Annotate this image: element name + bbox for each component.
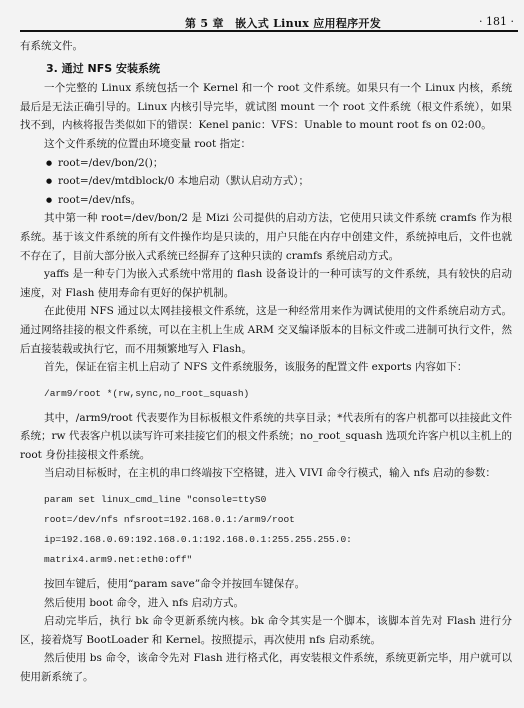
bullet-list: root=/dev/bon/2()； root=/dev/mtdblock/0 … — [20, 154, 512, 210]
paragraph: 一个完整的 Linux 系统包括一个 Kernel 和一个 root 文件系统。… — [20, 79, 512, 135]
paragraph: 在此使用 NFS 通过以太网挂接根文件系统，这是一种经常用来作为调试使用的文件系… — [20, 302, 512, 358]
paragraph: 有系统文件。 — [20, 37, 512, 56]
section-heading: 3. 通过 NFS 安装系统 — [20, 60, 512, 79]
chapter-title: 第 5 章 嵌入式 Linux 应用程序开发 — [185, 15, 381, 31]
paragraph: 首先，保证在宿主机上启动了 NFS 文件系统服务，该服务的配置文件 export… — [20, 358, 512, 377]
paragraph: 然后使用 boot 命令，进入 nfs 启动方式。 — [20, 594, 512, 613]
paragraph: 这个文件系统的位置由环境变量 root 指定： — [20, 135, 512, 154]
code-line: ip=192.168.0.69:192.168.0.1:192.168.0.1:… — [44, 530, 512, 550]
code-line: root=/dev/nfs nfsroot=192.168.0.1:/arm9/… — [44, 510, 512, 530]
code-line: param set linux_cmd_line "console=ttyS0 — [44, 490, 512, 510]
list-item: root=/dev/nfs。 — [46, 191, 512, 210]
page-number: · 181 · — [479, 15, 514, 28]
code-line: matrix4.arm9.net:eth0:off" — [44, 550, 512, 570]
list-item: root=/dev/bon/2()； — [46, 154, 512, 173]
paragraph: 其中第一种 root=/dev/bon/2 是 Mizi 公司提供的启动方法，它… — [20, 209, 512, 265]
code-block-boot-params: param set linux_cmd_line "console=ttyS0r… — [20, 490, 512, 570]
page-header: 第 5 章 嵌入式 Linux 应用程序开发 · 181 · — [20, 12, 518, 32]
paragraph: 启动完毕后，执行 bk 命令更新系统内核。bk 命令其实是一个脚本，该脚本首先对… — [20, 612, 512, 649]
paragraph: 其中，/arm9/root 代表要作为目标板根文件系统的共享目录；*代表所有的客… — [20, 409, 512, 465]
page-body: 有系统文件。 3. 通过 NFS 安装系统 一个完整的 Linux 系统包括一个… — [20, 37, 512, 687]
paragraph: 按回车键后，使用“param save”命令并按回车键保存。 — [20, 575, 512, 594]
paragraph: 然后使用 bs 命令，该命令先对 Flash 进行格式化，再安装根文件系统，系统… — [20, 649, 512, 686]
paragraph: 当启动目标板时，在主机的串口终端按下空格键，进入 VIVI 命令行模式，输入 n… — [20, 464, 512, 483]
paragraph: yaffs 是一种专门为嵌入式系统中常用的 flash 设备设计的一种可读写的文… — [20, 265, 512, 302]
header-rule — [20, 30, 518, 32]
code-block-exports: /arm9/root *(rw,sync,no_root_squash) — [20, 384, 512, 404]
list-item: root=/dev/mtdblock/0 本地启动（默认启动方式）； — [46, 172, 512, 191]
